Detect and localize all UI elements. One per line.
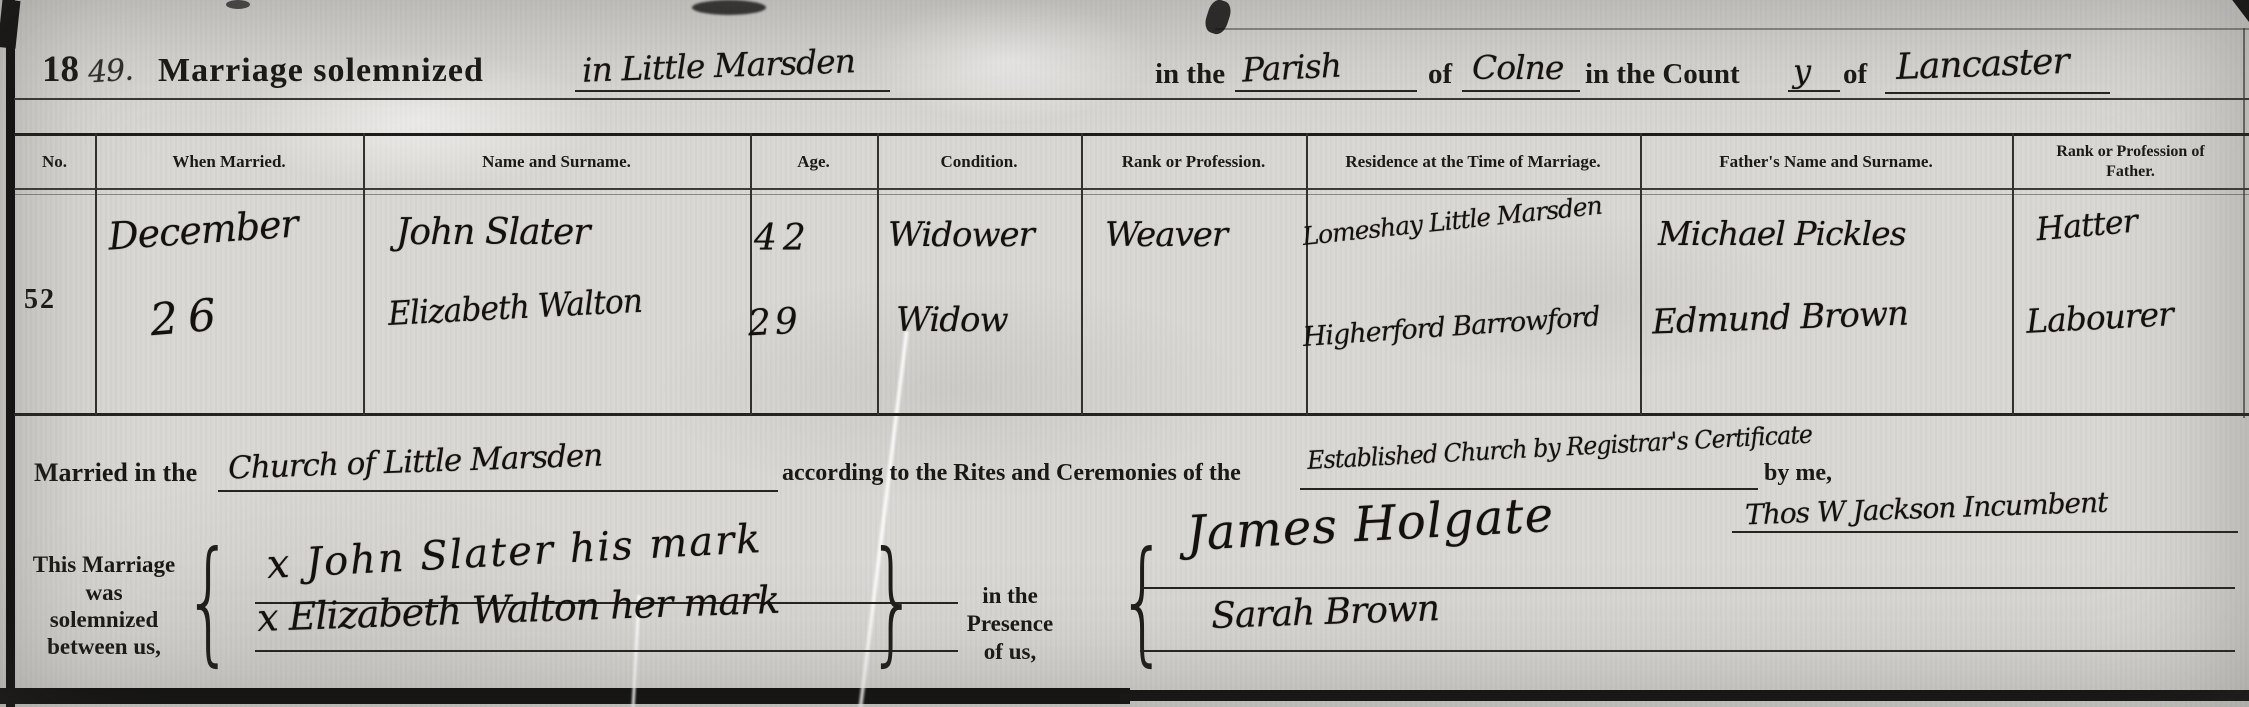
title-in-the-county: in the Count	[1585, 58, 1740, 91]
header-father-rank-line1: Rank or Profession of	[2012, 142, 2249, 161]
title-marriage-solemnized: Marriage solemnized	[158, 52, 484, 90]
header-when-married: When Married.	[95, 152, 363, 171]
right-edge-line	[2243, 28, 2245, 418]
title-parish-handwritten: Parish	[1241, 45, 1342, 89]
title-county-y-underline	[1788, 90, 1840, 92]
solemnized-label-line3: solemnized	[28, 607, 180, 633]
header-residence: Residence at the Time of Marriage.	[1306, 152, 1640, 171]
bottom-border-bar-right	[1120, 690, 2249, 701]
header-age: Age.	[750, 152, 877, 171]
title-year-printed: 18	[42, 48, 79, 91]
married-in-label: Married in the	[34, 458, 197, 488]
table-separator-2	[363, 133, 365, 415]
header-father-name: Father's Name and Surname.	[1640, 152, 2012, 171]
entry-residence-bride: Higherford Barrowford	[1302, 301, 1601, 353]
table-separator-6	[1306, 133, 1308, 415]
by-me-label: by me,	[1764, 460, 1832, 487]
header-rank-profession: Rank or Profession.	[1081, 152, 1306, 171]
title-parish-underline	[1235, 90, 1417, 92]
title-of-1: of	[1428, 58, 1452, 91]
witness2-underline	[1140, 650, 2235, 652]
entry-condition-groom: Widower	[888, 215, 1034, 255]
entry-father-groom: Michael Pickles	[1658, 214, 1906, 253]
table-header-bottom-rule	[14, 188, 2249, 190]
title-parish-place-underline	[1462, 90, 1580, 92]
entry-rank-groom: Weaver	[1105, 215, 1227, 255]
entry-number: 52	[24, 284, 56, 316]
title-parish-place-handwritten: Colne	[1472, 48, 1563, 87]
entry-father-rank-bride: Labourer	[2025, 294, 2174, 341]
table-separator-4	[877, 133, 879, 415]
entry-father-bride: Edmund Brown	[1651, 294, 1908, 343]
church-underline	[218, 490, 778, 492]
brace-left-couple: {	[183, 535, 233, 669]
table-bottom-rule	[14, 413, 2249, 416]
witness1-underline	[1140, 587, 2235, 589]
rites-label: according to the Rites and Ceremonies of…	[782, 460, 1241, 487]
entry-when-married-day: 26	[148, 289, 228, 346]
marriage-register-page: 18 49. Marriage solemnized in Little Mar…	[0, 0, 2249, 707]
table-header-bottom-rule-2	[14, 194, 2249, 195]
entry-age-groom: 42	[754, 218, 812, 259]
entry-age-bride: 29	[747, 301, 803, 345]
brace-right-couple: }	[867, 535, 917, 669]
left-top-corner-mark	[0, 0, 20, 49]
left-border-bar	[6, 0, 15, 707]
entry-condition-bride: Widow	[896, 300, 1008, 340]
header-condition: Condition.	[877, 152, 1081, 171]
solemnized-label-line4: between us,	[28, 634, 180, 660]
presence-label-line1: in the	[918, 583, 1102, 609]
header-name-surname: Name and Surname.	[363, 152, 750, 171]
ink-smudge-top-center	[692, 0, 766, 15]
entry-when-married-month: December	[107, 201, 299, 258]
church-handwritten: Church of Little Marsden	[227, 437, 602, 486]
presence-label-line2: Presence	[918, 611, 1102, 637]
table-separator-5	[1081, 133, 1083, 415]
rites-handwritten: Established Church by Registrar's Certif…	[1306, 420, 1812, 475]
header-no: No.	[14, 152, 95, 171]
ink-mark-top	[1202, 0, 1233, 37]
entry-father-rank-groom: Hatter	[2035, 202, 2139, 249]
title-place-handwritten: in Little Marsden	[581, 41, 855, 90]
bride-signature-underline	[255, 650, 958, 652]
title-county-handwritten: Lancaster	[1895, 41, 2069, 88]
table-separator-1	[95, 133, 97, 415]
rule-under-title	[14, 98, 2249, 100]
groom-signature: x John Slater his mark	[266, 516, 764, 588]
solemnized-label-line1: This Marriage	[28, 552, 180, 578]
table-top-rule	[14, 133, 2249, 136]
top-right-corner-mark	[2225, 0, 2249, 22]
title-place-underline	[575, 90, 890, 92]
title-of-2: of	[1843, 58, 1867, 91]
bride-signature: x Elizabeth Walton her mark	[256, 578, 779, 640]
bottom-border-bar-left	[0, 688, 1130, 704]
title-in-the-1: in the	[1155, 58, 1225, 91]
table-separator-7	[1640, 133, 1642, 415]
solemnized-label-line2: was	[28, 580, 180, 606]
witness1-signature: James Holgate	[1185, 487, 1555, 562]
title-year-handwritten: 49.	[87, 52, 134, 90]
officiant-signature: Thos W Jackson Incumbent	[1745, 486, 2108, 532]
presence-label-line3: of us,	[918, 639, 1102, 665]
entry-name-groom: John Slater	[396, 212, 590, 253]
officiant-underline	[1732, 531, 2238, 533]
title-county-y-handwritten: y	[1793, 52, 1810, 90]
header-father-rank-line2: Father.	[2012, 162, 2249, 181]
witness2-signature: Sarah Brown	[1211, 588, 1440, 637]
table-separator-3	[750, 133, 752, 415]
entry-residence-groom: Lomeshay Little Marsden	[1301, 191, 1603, 251]
page-edge-line-top-right	[1215, 28, 2249, 30]
ink-smudge-top-left	[226, 0, 250, 9]
entry-name-bride: Elizabeth Walton	[387, 281, 643, 333]
title-county-underline	[1885, 92, 2110, 94]
